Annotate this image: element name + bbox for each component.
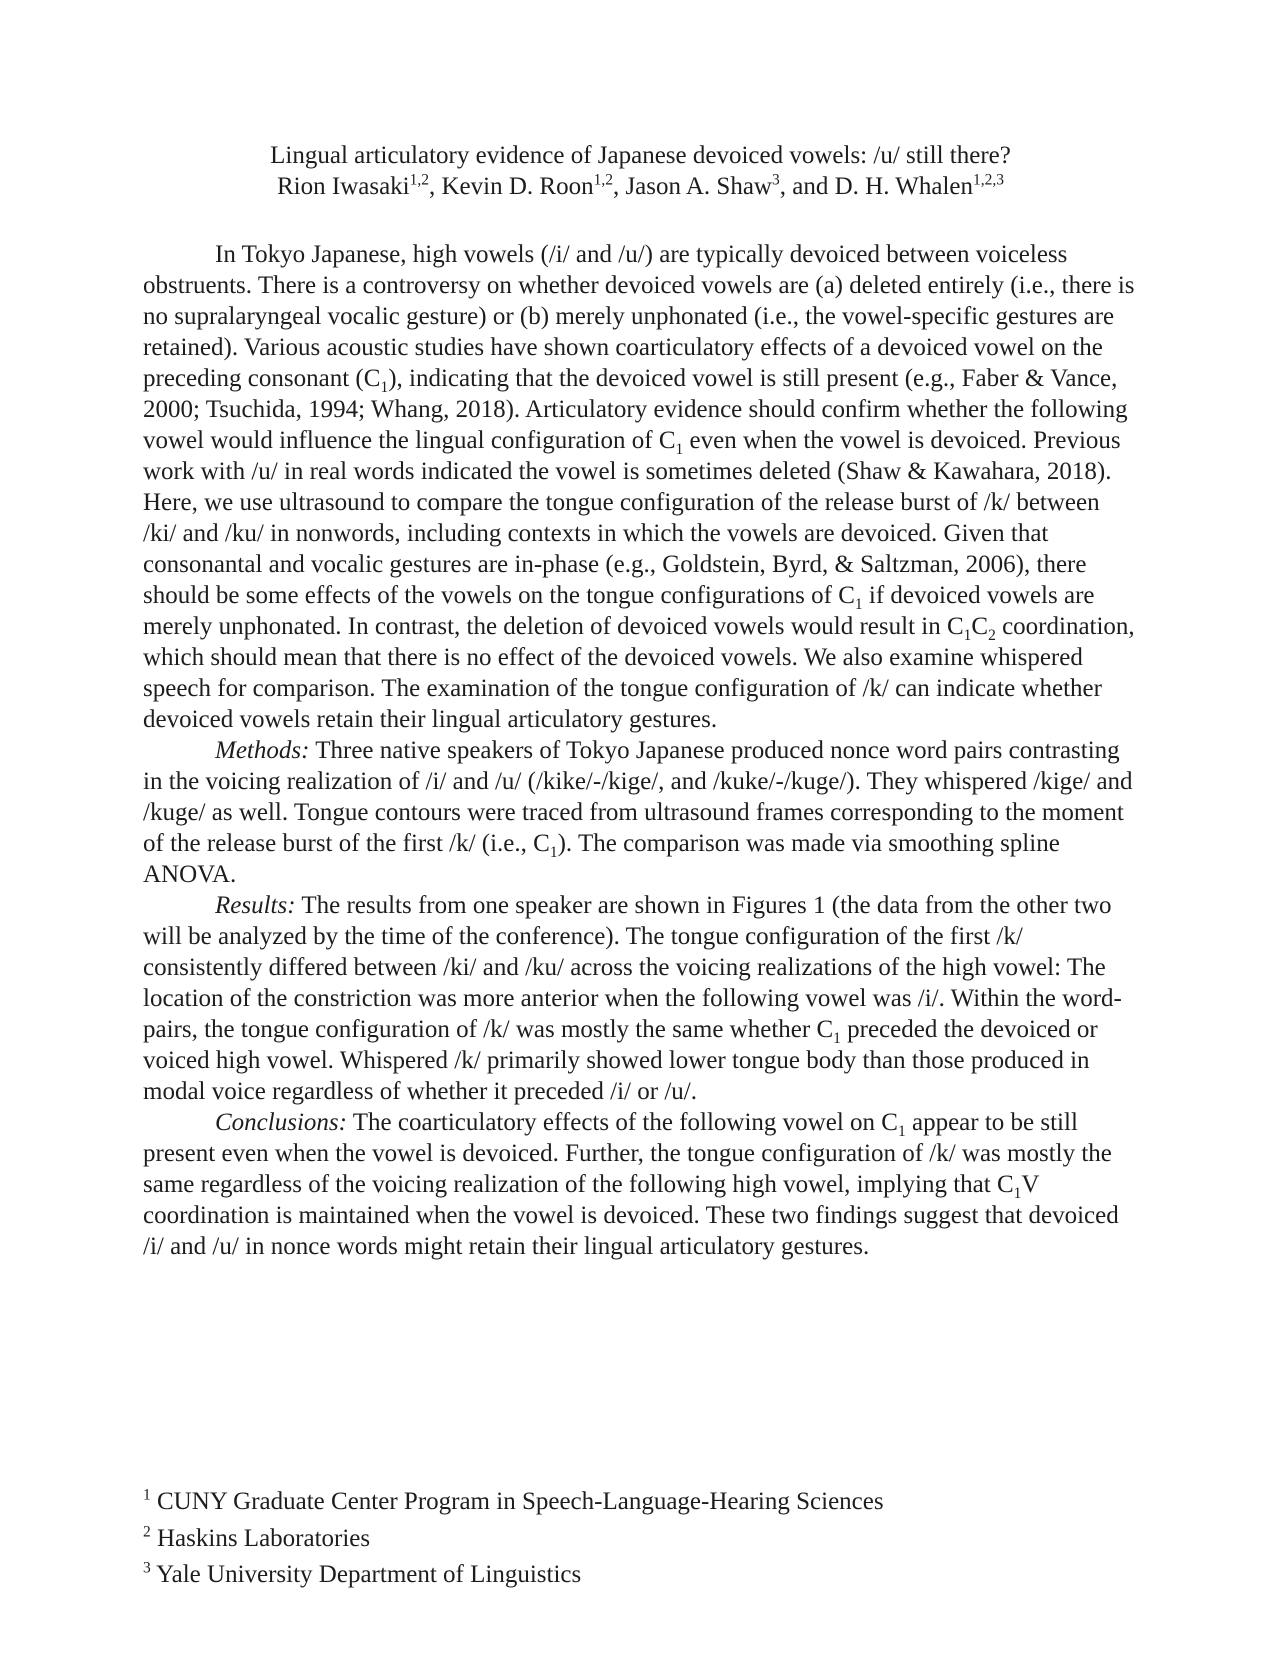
abstract-page: Lingual articulatory evidence of Japanes… (0, 0, 1280, 1656)
footnote-affiliation-1: 1 CUNY Graduate Center Program in Speech… (143, 1484, 884, 1521)
paragraph-methods: Methods: Three native speakers of Tokyo … (143, 735, 1138, 890)
title-block: Lingual articulatory evidence of Japanes… (143, 140, 1138, 202)
footnote-affiliation-2: 2 Haskins Laboratories (143, 1521, 884, 1558)
authors-line: Rion Iwasaki1,2, Kevin D. Roon1,2, Jason… (143, 171, 1138, 202)
footnotes-block: 1 CUNY Graduate Center Program in Speech… (143, 1484, 884, 1594)
footnote-affiliation-3: 3 Yale University Department of Linguist… (143, 1557, 884, 1594)
paper-title: Lingual articulatory evidence of Japanes… (143, 140, 1138, 171)
paragraph-results: Results: The results from one speaker ar… (143, 890, 1138, 1107)
paragraph-intro: In Tokyo Japanese, high vowels (/i/ and … (143, 239, 1138, 735)
paragraph-conclusions: Conclusions: The coarticulatory effects … (143, 1107, 1138, 1262)
abstract-body: In Tokyo Japanese, high vowels (/i/ and … (143, 239, 1138, 1262)
